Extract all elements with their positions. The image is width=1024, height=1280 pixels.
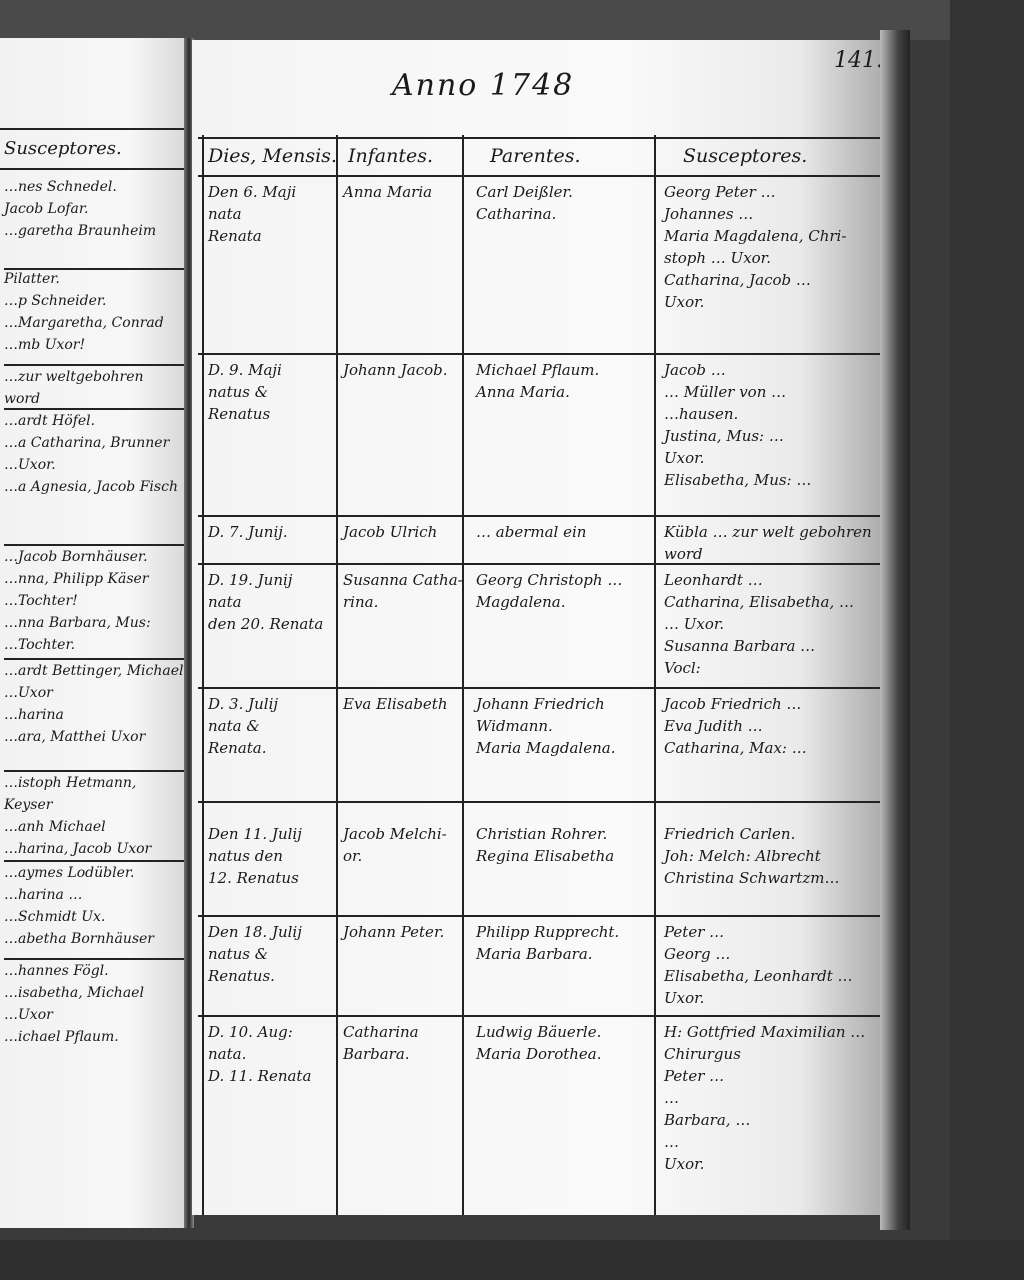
entry-parents: Carl Deißler. Catharina. [476,181,666,225]
header-susceptores: Susceptores. [683,145,807,167]
entry-sponsors: Jacob … … Müller von … …hausen. Justina,… [664,359,904,491]
left-entry: …Jacob Bornhäuser. …nna, Philipp Käser …… [4,546,184,660]
entry-parents: Georg Christoph … Magdalena. [476,569,666,613]
folio-number: 141. [834,48,883,73]
entry-date: D. 9. Maji natus & Renatus [208,359,333,425]
year-heading: Anno 1748 [392,68,574,103]
header-infantes: Infantes. [348,145,433,167]
register-entry: D. 19. Junij nata den 20. Renata Susanna… [198,565,898,689]
right-page: Anno 1748 141. Dies, Mensis. Infantes. P… [192,40,907,1215]
entry-sponsors: Jacob Friedrich … Eva Judith … Catharina… [664,693,904,759]
entry-date: D. 7. Junij. [208,521,333,543]
entry-sponsors: Kübla … zur welt gebohren word [664,521,904,565]
left-top-rule [0,128,186,130]
entry-infant: Jacob Ulrich [343,521,463,543]
entry-infant: Catharina Barbara. [343,1021,463,1065]
left-entry: …ardt Höfel. …a Catharina, Brunner …Uxor… [4,410,184,546]
left-page: Susceptores. …nes Schnedel. Jacob Lofar.… [0,38,186,1228]
entry-sponsors: H: Gottfried Maximilian … Chirurgus Pete… [664,1021,904,1175]
left-entry: …istoph Hetmann, Keyser …anh Michael …ha… [4,772,184,862]
entry-infant: Johann Jacob. [343,359,463,381]
entry-parents: Philipp Rupprecht. Maria Barbara. [476,921,666,965]
register-entry: Den 18. Julij natus & Renatus. Johann Pe… [198,917,898,1017]
scan-frame-top [0,0,1024,40]
entry-infant: Jacob Melchi- or. [343,823,463,867]
left-entry: …zur weltgebohren word [4,366,184,410]
entry-date: D. 19. Junij nata den 20. Renata [208,569,333,635]
entry-date: Den 18. Julij natus & Renatus. [208,921,333,987]
scan-frame-right [950,0,1024,1280]
entry-parents: Michael Pflaum. Anna Maria. [476,359,666,403]
entry-parents: Christian Rohrer. Regina Elisabetha [476,823,666,867]
left-column-header: Susceptores. [4,138,122,159]
scan-frame-bottom [0,1240,1024,1280]
entry-parents: Ludwig Bäuerle. Maria Dorothea. [476,1021,666,1065]
header-parentes: Parentes. [490,145,581,167]
entry-date: D. 10. Aug: nata. D. 11. Renata [208,1021,333,1087]
entry-date: Den 11. Julij natus den 12. Renatus [208,823,333,889]
entry-infant: Johann Peter. [343,921,463,943]
left-entry: …ardt Bettinger, Michael …Uxor …harina …… [4,660,184,772]
page-edge-shadow [880,30,910,1230]
register-entry: D. 10. Aug: nata. D. 11. Renata Catharin… [198,1017,898,1207]
header-dies-mensis: Dies, Mensis. [208,145,337,167]
left-entry: …aymes Lodübler. …harina … …Schmidt Ux. … [4,862,184,960]
entry-infant: Susanna Catha- rina. [343,569,463,613]
entry-sponsors: Georg Peter … Johannes … Maria Magdalena… [664,181,904,313]
entry-date: Den 6. Maji nata Renata [208,181,333,247]
entry-infant: Anna Maria [343,181,463,203]
register-entry: Den 6. Maji nata Renata Anna Maria Carl … [198,177,898,355]
entry-sponsors: Friedrich Carlen. Joh: Melch: Albrecht C… [664,823,904,889]
left-entry: …hannes Fögl. …isabetha, Michael …Uxor …… [4,960,184,1060]
left-header-rule [0,168,186,170]
entry-parents: … abermal ein [476,521,666,543]
register-entry: Den 11. Julij natus den 12. Renatus Jaco… [198,803,898,917]
left-entry: Pilatter. …p Schneider. …Margaretha, Con… [4,268,184,366]
entry-infant: Eva Elisabeth [343,693,463,715]
entry-parents: Johann Friedrich Widmann. Maria Magdalen… [476,693,666,759]
register-entry: D. 3. Julij nata & Renata. Eva Elisabeth… [198,689,898,803]
register-entry: D. 7. Junij. Jacob Ulrich … abermal ein … [198,517,898,565]
register-entry: D. 9. Maji natus & Renatus Johann Jacob.… [198,355,898,517]
entry-sponsors: Leonhardt … Catharina, Elisabetha, … … U… [664,569,904,679]
register-header-row: Dies, Mensis. Infantes. Parentes. Suscep… [198,137,898,177]
left-entry: …nes Schnedel. Jacob Lofar. …garetha Bra… [4,176,184,270]
entry-date: D. 3. Julij nata & Renata. [208,693,333,759]
entry-sponsors: Peter … Georg … Elisabetha, Leonhardt … … [664,921,904,1009]
